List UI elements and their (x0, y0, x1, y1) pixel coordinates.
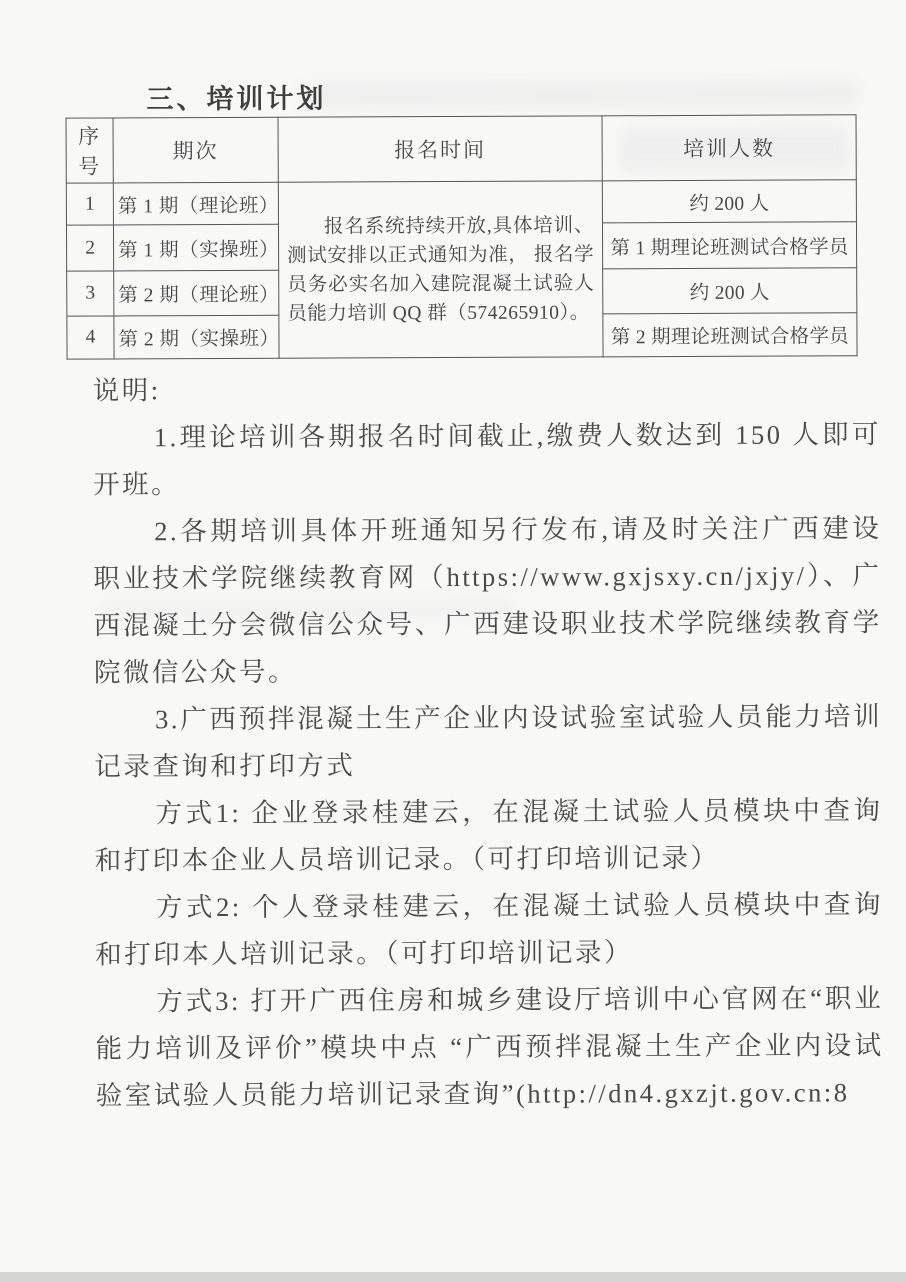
note-paragraph-method-3: 方式3: 打开广西住房和城乡建设厅培训中心官网在“职业能力培训及评价”模块中点 … (95, 975, 884, 1119)
table-header-row: 序号 期次 报名时间 培训人数 (66, 115, 856, 183)
document-content: 三、培训计划 序号 期次 报名时间 培训人数 1 第 1 期（理论班） (0, 0, 906, 1282)
note-paragraph-2: 2.各期培训具体开班通知另行发布,请及时关注广西建设职业技术学院继续教育网（ht… (93, 505, 882, 696)
row-number: 1 (66, 183, 113, 225)
row-number: 4 (67, 316, 114, 359)
signup-note-text: 报名系统持续开放,具体培训、测试安排以正式通知为准， 报名学员务必实名加入建院混… (287, 211, 595, 328)
row-period: 第 2 期（理论班） (114, 270, 279, 316)
col-header-no: 序号 (66, 118, 113, 183)
row-trainees: 第 2 期理论班测试合格学员 (603, 313, 857, 357)
row-number: 3 (67, 271, 114, 316)
row-trainees: 约 200 人 (603, 268, 857, 314)
row-number: 2 (66, 225, 113, 271)
row-trainees: 第 1 期理论班测试合格学员 (602, 222, 856, 269)
note-paragraph-method-2: 方式2: 个人登录桂建云，在混凝土试验人员模块中查询和打印本人培训记录。（可打印… (95, 881, 883, 978)
note-paragraph-method-1: 方式1: 企业登录桂建云，在混凝土试验人员模块中查询和打印本企业人员培训记录。（… (94, 787, 882, 884)
col-header-signup-time: 报名时间 (278, 116, 602, 182)
col-header-period: 期次 (113, 117, 278, 183)
note-paragraph-1: 1.理论培训各期报名时间截止,缴费人数达到 150 人即可开班。 (93, 411, 881, 508)
note-paragraph-3: 3.广西预拌混凝土生产企业内设试验室试验人员能力培训记录查询和打印方式 (94, 693, 882, 790)
table-row: 1 第 1 期（理论班） 报名系统持续开放,具体培训、测试安排以正式通知为准， … (66, 180, 856, 225)
scan-edge-strip (0, 1272, 906, 1282)
row-period: 第 2 期（实操班） (114, 315, 279, 359)
scan-bleed-artifact (299, 80, 859, 108)
col-header-trainees: 培训人数 (602, 115, 856, 181)
notes-section: 说明: 1.理论培训各期报名时间截止,缴费人数达到 150 人即可开班。 2.各… (93, 364, 884, 1119)
signup-time-merged-cell: 报名系统持续开放,具体培训、测试安排以正式通知为准， 报名学员务必实名加入建院混… (278, 181, 603, 358)
training-plan-table: 序号 期次 报名时间 培训人数 1 第 1 期（理论班） 报名系统持续开放,具体… (66, 114, 858, 359)
row-period: 第 1 期（理论班） (113, 182, 278, 225)
row-period: 第 1 期（实操班） (113, 224, 278, 271)
scanned-document-page: 三、培训计划 序号 期次 报名时间 培训人数 1 第 1 期（理论班） (0, 0, 906, 1282)
section-title: 三、培训计划 (146, 77, 326, 117)
notes-label: 说明: (93, 364, 881, 414)
row-trainees: 约 200 人 (602, 180, 856, 223)
